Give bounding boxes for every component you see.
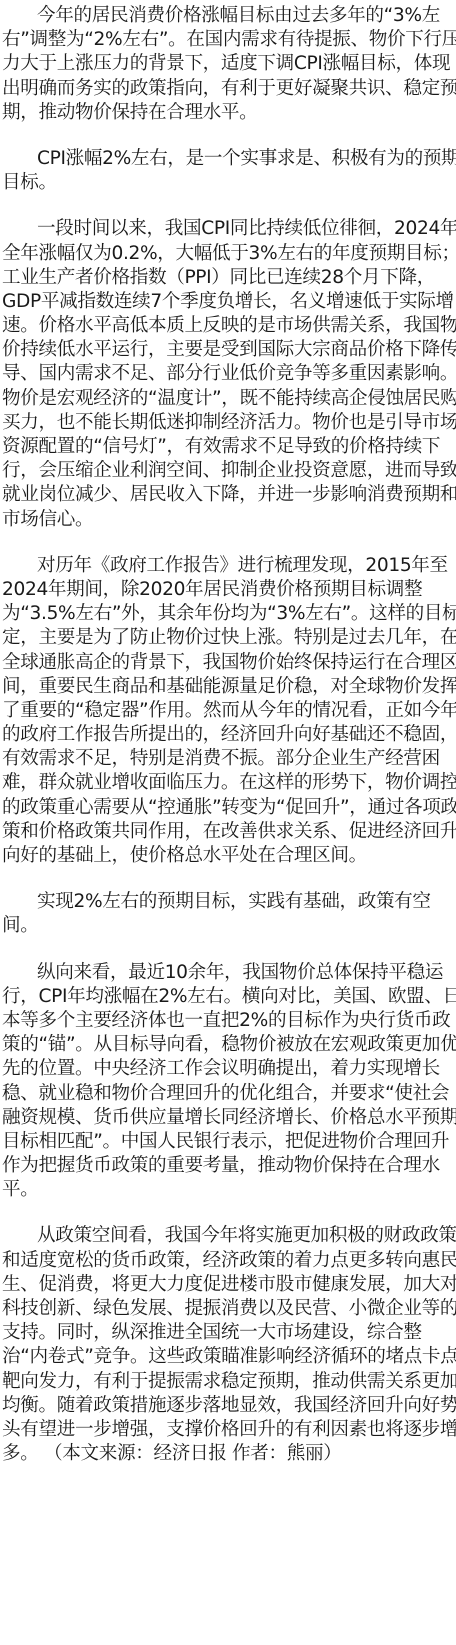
paragraph-line: 治“内卷式”竞争。这些政策瞄准影响经济循环的堵点卡点 (2, 1345, 456, 1369)
paragraph-line: 期，推动物价保持在合理水平。 (2, 101, 456, 125)
paragraph-line: 多。 （本文来源：经济日报 作者：熊丽） (2, 1442, 456, 1466)
paragraph-line: 全年涨幅仅为0.2%，大幅低于3%左右的年度预期目标； (2, 242, 456, 266)
paragraph-line: 物价是宏观经济的“温度计”，既不能持续高企侵蚀居民购 (2, 387, 456, 411)
paragraph: CPI涨幅2%左右，是一个实事求是、积极有为的预期目标。 (2, 147, 456, 195)
paragraph-line: 向好的基础上，使价格总水平处在合理区间。 (2, 844, 456, 868)
paragraph-line: 实现2%左右的预期目标，实践有基础，政策有空 (2, 890, 456, 914)
paragraph-line: 速。价格水平高低本质上反映的是市场供需关系，我国物 (2, 314, 456, 338)
paragraph-line: 资源配置的“信号灯”，有效需求不足导致的价格持续下 (2, 435, 456, 459)
paragraph-line: 均衡。随着政策措施逐步落地显效，我国经济回升向好势 (2, 1394, 456, 1418)
paragraph-line: GDP平减指数连续7个季度负增长，名义增速低于实际增 (2, 290, 456, 314)
paragraph-line: 市场信心。 (2, 508, 456, 532)
paragraph-line: 策和价格政策共同作用，在改善供求关系、促进经济回升 (2, 820, 456, 844)
paragraph-line: 今年的居民消费价格涨幅目标由过去多年的“3%左 (2, 4, 456, 28)
paragraph-line: 行，会压缩企业利润空间、抑制企业投资意愿，进而导致 (2, 459, 456, 483)
paragraph-line: 全球通胀高企的背景下，我国物价始终保持运行在合理区 (2, 651, 456, 675)
paragraph-line: 目标。 (2, 171, 456, 195)
paragraph-line: 了重要的“稳定器”作用。然而从今年的情况看，正如今年 (2, 699, 456, 723)
paragraph: 对历年《政府工作报告》进行梳理发现，2015年至2024年期间，除2020年居民… (2, 554, 456, 868)
paragraph-line: 生、促消费，将更大力度促进楼市股市健康发展，加大对 (2, 1273, 456, 1297)
paragraph-line: 行，CPI年均涨幅在2%左右。横向对比，美国、欧盟、日 (2, 985, 456, 1009)
paragraph-line: 导、国内需求不足、部分行业低价竞争等多重因素影响。 (2, 362, 456, 386)
paragraph-line: 买力，也不能长期低迷抑制经济活力。物价也是引导市场 (2, 411, 456, 435)
article-body: 今年的居民消费价格涨幅目标由过去多年的“3%左右”调整为“2%左右”。在国内需求… (0, 0, 456, 1466)
paragraph-line: 力大于上涨压力的背景下，适度下调CPI涨幅目标，体现 (2, 52, 456, 76)
paragraph-line: 头有望进一步增强，支撑价格回升的有利因素也将逐步增 (2, 1418, 456, 1442)
paragraph-line: 出明确而务实的政策指向，有利于更好凝聚共识、稳定预 (2, 77, 456, 101)
paragraph-line: 有效需求不足，特别是消费不振。部分企业生产经营困 (2, 747, 456, 771)
paragraph: 实现2%左右的预期目标，实践有基础，政策有空间。 (2, 890, 456, 938)
paragraph: 纵向来看，最近10余年，我国物价总体保持平稳运行，CPI年均涨幅在2%左右。横向… (2, 961, 456, 1203)
paragraph-line: 融资规模、货币供应量增长同经济增长、价格总水平预期 (2, 1106, 456, 1130)
paragraph-line: 间。 (2, 914, 456, 938)
paragraph-line: 为“3.5%左右”外，其余年份均为“3%左右”。这样的目标设 (2, 602, 456, 626)
paragraph-line: 和适度宽松的货币政策，经济政策的着力点更多转向惠民 (2, 1249, 456, 1273)
paragraph-line: 的政策重心需要从“控通胀”转变为“促回升”，通过各项政 (2, 796, 456, 820)
paragraph-line: CPI涨幅2%左右，是一个实事求是、积极有为的预期 (2, 147, 456, 171)
paragraph-line: 支持。同时，纵深推进全国统一大市场建设，综合整 (2, 1321, 456, 1345)
paragraph-line: 间，重要民生商品和基础能源量足价稳，对全球物价发挥 (2, 675, 456, 699)
paragraph-line: 工业生产者价格指数（PPI）同比已连续28个月下降， (2, 266, 456, 290)
paragraph-line: 先的位置。中央经济工作会议明确提出，着力实现增长 (2, 1057, 456, 1081)
paragraph-line: 本等多个主要经济体也一直把2%的目标作为央行货币政 (2, 1009, 456, 1033)
paragraph: 从政策空间看，我国今年将实施更加积极的财政政策和适度宽松的货币政策，经济政策的着… (2, 1224, 456, 1466)
paragraph: 一段时间以来，我国CPI同比持续低位徘徊，2024年全年涨幅仅为0.2%，大幅低… (2, 217, 456, 531)
paragraph-line: 靶向发力，有利于提振需求稳定预期，推动供需关系更加 (2, 1370, 456, 1394)
paragraph-line: 策的“锚”。从目标导向看，稳物价被放在宏观政策更加优 (2, 1033, 456, 1057)
paragraph-line: 定，主要是为了防止物价过快上涨。特别是过去几年，在 (2, 626, 456, 650)
paragraph-line: 右”调整为“2%左右”。在国内需求有待提振、物价下行压 (2, 28, 456, 52)
paragraph-line: 目标相匹配”。中国人民银行表示，把促进物价合理回升 (2, 1130, 456, 1154)
paragraph-line: 对历年《政府工作报告》进行梳理发现，2015年至 (2, 554, 456, 578)
paragraph-line: 难，群众就业增收面临压力。在这样的形势下，物价调控 (2, 771, 456, 795)
paragraph-line: 从政策空间看，我国今年将实施更加积极的财政政策 (2, 1224, 456, 1248)
paragraph: 今年的居民消费价格涨幅目标由过去多年的“3%左右”调整为“2%左右”。在国内需求… (2, 4, 456, 125)
paragraph-line: 平。 (2, 1178, 456, 1202)
paragraph-line: 作为把握货币政策的重要考量，推动物价保持在合理水 (2, 1154, 456, 1178)
paragraph-line: 稳、就业稳和物价合理回升的优化组合，并要求“使社会 (2, 1082, 456, 1106)
paragraph-line: 一段时间以来，我国CPI同比持续低位徘徊，2024年 (2, 217, 456, 241)
paragraph-line: 科技创新、绿色发展、提振消费以及民营、小微企业等的 (2, 1297, 456, 1321)
paragraph-line: 的政府工作报告所提出的，经济回升向好基础还不稳固， (2, 723, 456, 747)
paragraph-line: 就业岗位减少、居民收入下降，并进一步影响消费预期和 (2, 483, 456, 507)
paragraph-line: 价持续低水平运行，主要是受到国际大宗商品价格下降传 (2, 338, 456, 362)
paragraph-line: 2024年期间，除2020年居民消费价格预期目标调整 (2, 578, 456, 602)
paragraph-line: 纵向来看，最近10余年，我国物价总体保持平稳运 (2, 961, 456, 985)
